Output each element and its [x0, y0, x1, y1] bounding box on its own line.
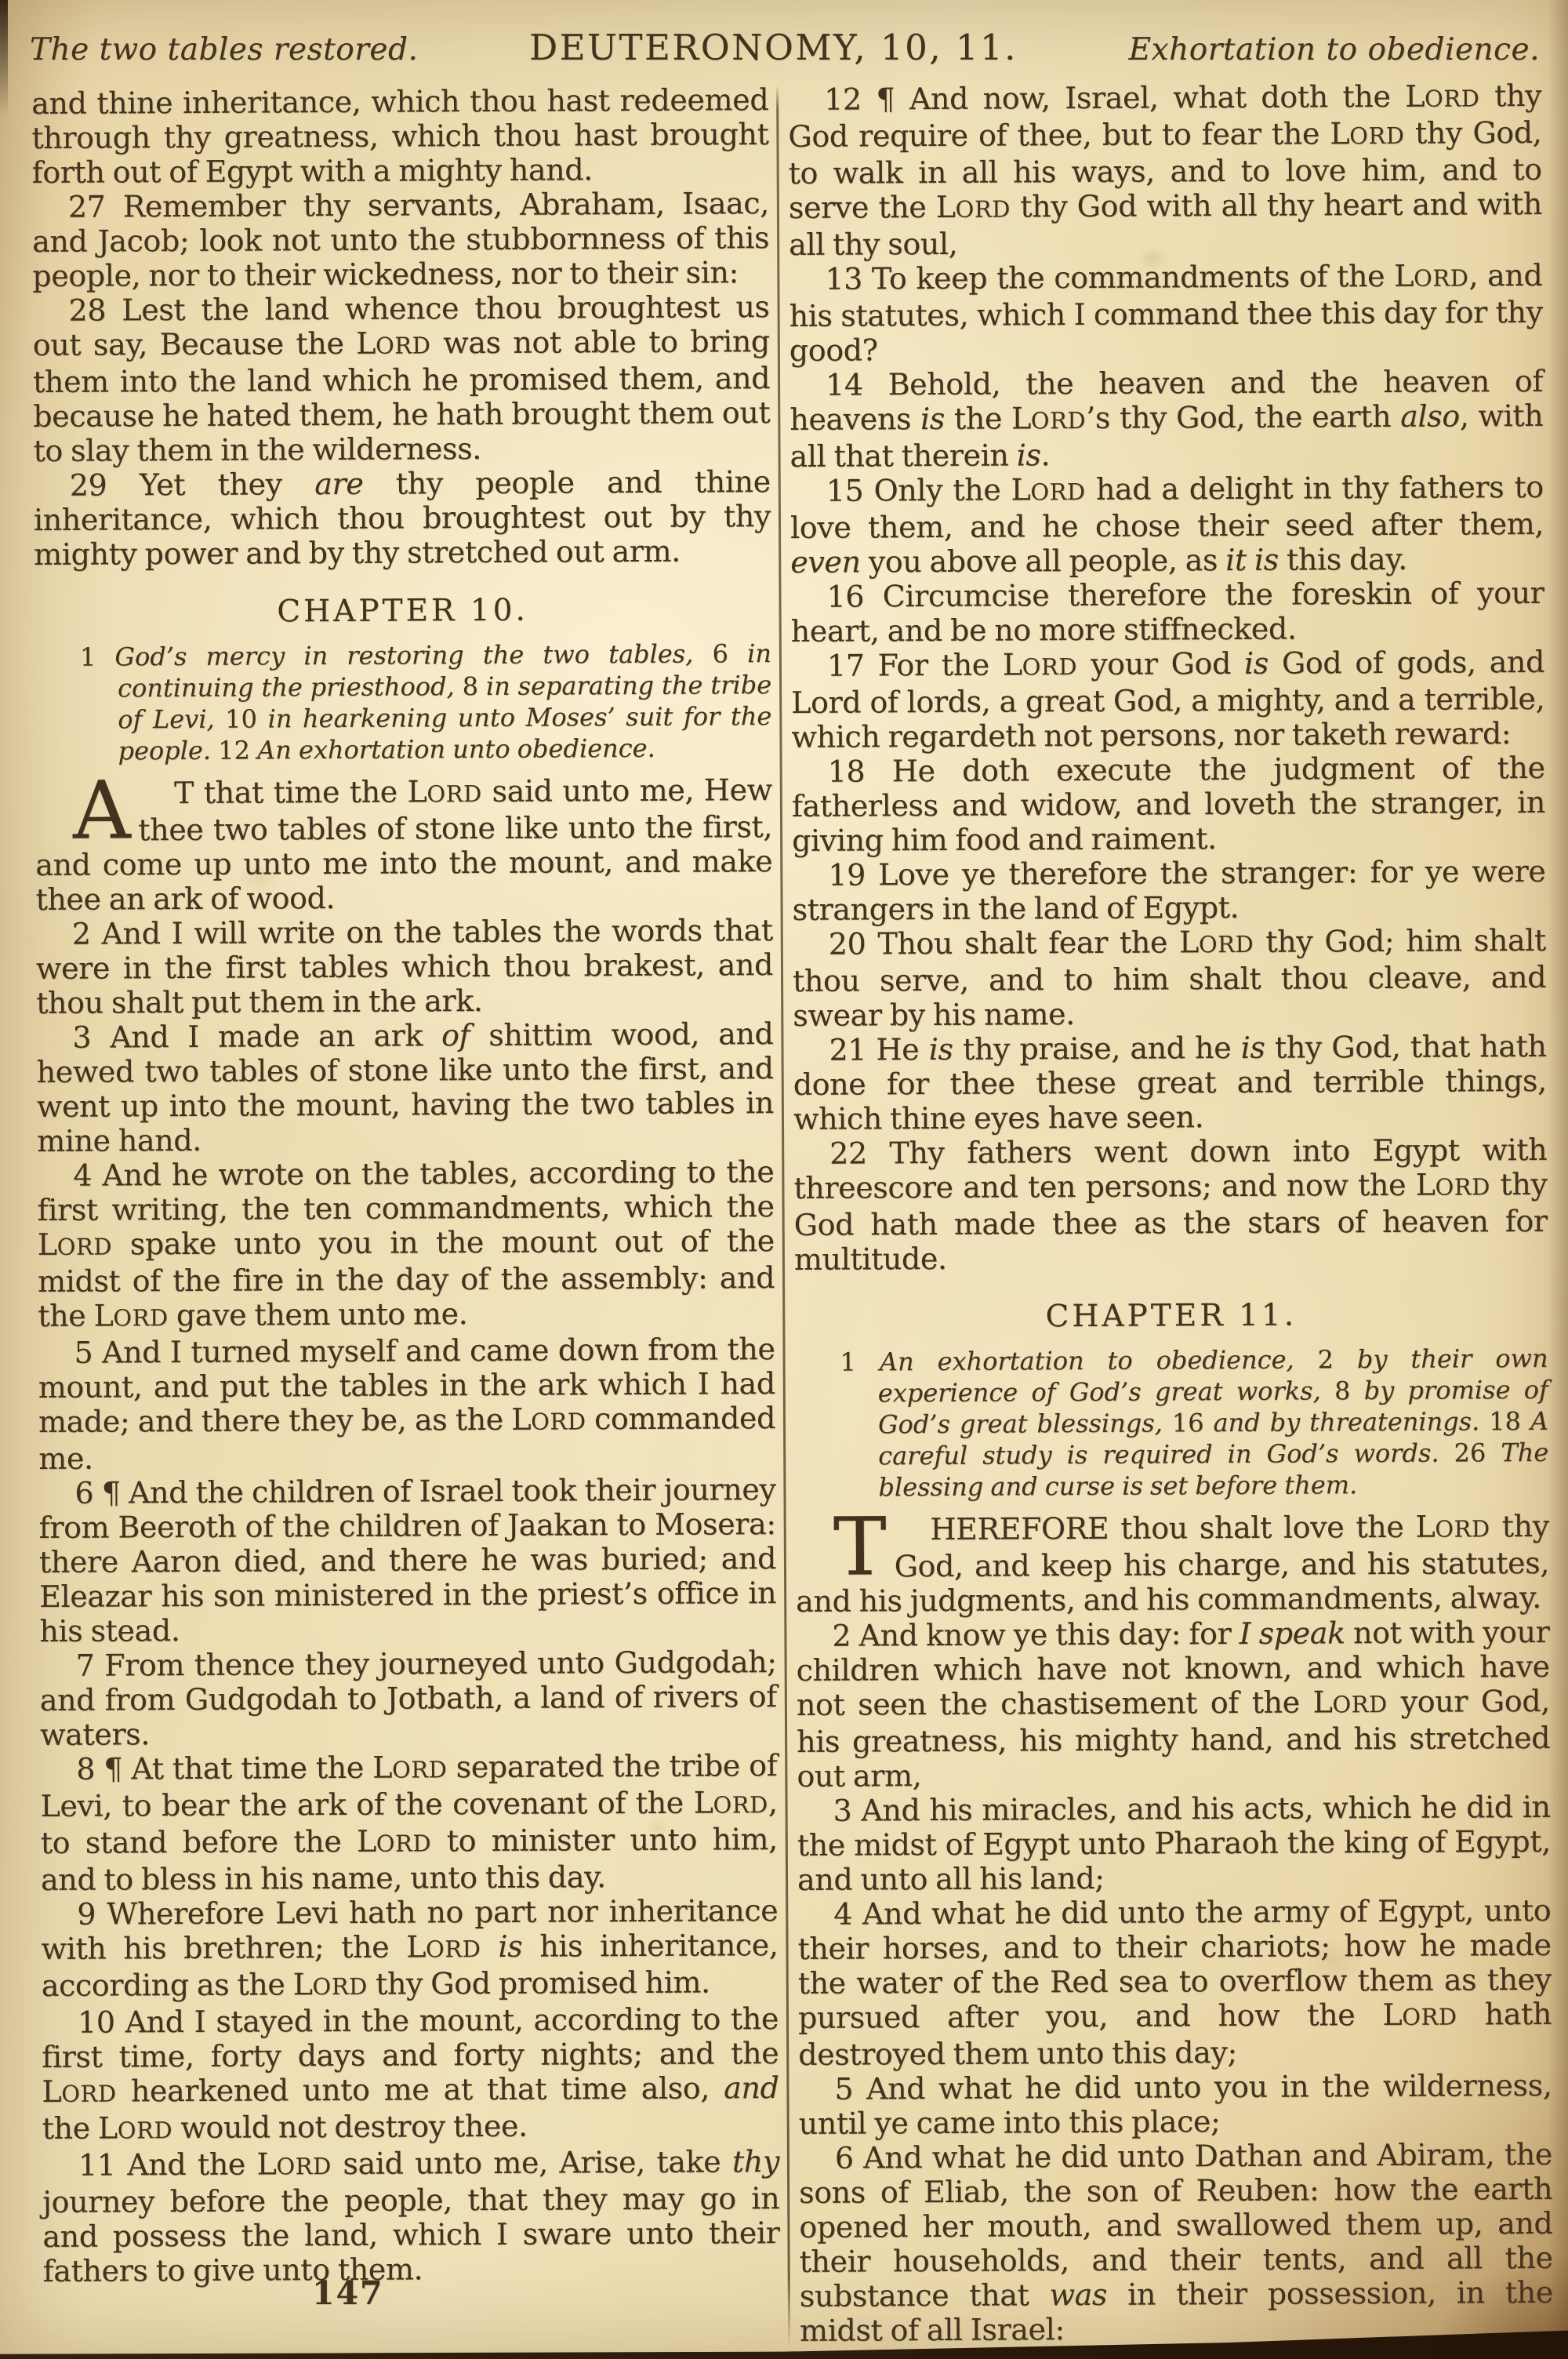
lord-smallcaps: LORD: [1415, 1509, 1490, 1543]
verse-paragraph: 9 Wherefore Levi hath no part nor inheri…: [41, 1893, 779, 2005]
text-columns: and thine inheritance, which thou hast r…: [0, 67, 1568, 2352]
verse-paragraph: 5 And I turned myself and came down from…: [38, 1332, 775, 1476]
verse-paragraph: 18 He doth execute the judgment of the f…: [792, 751, 1546, 858]
lord-smallcaps: LORD: [694, 1785, 768, 1819]
lord-smallcaps: LORD: [406, 1929, 481, 1964]
verse-paragraph: 12 ¶ And now, Israel, what doth the LORD…: [788, 78, 1542, 262]
book-title: DEUTERONOMY, 10, 11.: [529, 27, 1018, 68]
verse-paragraph: 22 Thy fathers went down into Egypt with…: [793, 1132, 1548, 1277]
verse-paragraph: 21 He is thy praise, and he is thy God, …: [793, 1029, 1547, 1136]
bible-page-scan: The two tables restored. DEUTERONOMY, 10…: [0, 0, 1568, 2359]
verse-paragraph: 14 Behold, the heaven and the heaven of …: [789, 364, 1544, 474]
lord-smallcaps: LORD: [93, 1298, 168, 1332]
lord-smallcaps: LORD: [1003, 647, 1077, 682]
verse-paragraph: 29 Yet they are thy people and thine inh…: [34, 464, 771, 572]
verse-paragraph: 27 Remember thy servants, Abraham, Isaac…: [32, 186, 770, 293]
verse-paragraph: and thine inheritance, which thou hast r…: [31, 82, 769, 190]
verse-paragraph: 19 Love ye therefore the stranger: for y…: [792, 854, 1545, 927]
lord-smallcaps: LORD: [1312, 1685, 1387, 1719]
verse-paragraph: 20 Thou shalt fear the LORD thy God; him…: [793, 923, 1547, 1033]
verse-paragraph: 13 To keep the commandments of the LORD,…: [789, 258, 1543, 368]
verse-paragraph: 6 ¶ And the children of Israel took thei…: [38, 1472, 776, 1648]
verse-paragraph: 2 And I will write on the tables the wor…: [36, 913, 774, 1020]
lord-smallcaps: LORD: [42, 2074, 116, 2108]
lord-smallcaps: LORD: [1330, 116, 1404, 151]
lord-smallcaps: LORD: [1179, 925, 1254, 959]
verse-paragraph: 4 And what he did unto the army of Egypt…: [797, 1893, 1552, 2072]
lord-smallcaps: LORD: [511, 1401, 586, 1436]
verse-paragraph: 11 And the LORD said unto me, Arise, tak…: [42, 2144, 780, 2288]
verse-paragraph: 4 And he wrote on the tables, according …: [37, 1154, 775, 1336]
verse-paragraph: 3 And I made an ark of shittim wood, and…: [36, 1016, 774, 1158]
right-column: 12 ¶ And now, Israel, what doth the LORD…: [788, 78, 1553, 2348]
lord-smallcaps: LORD: [407, 774, 481, 809]
lord-smallcaps: LORD: [293, 1967, 368, 2001]
drop-cap-rest: HEREFORE: [930, 1511, 1109, 1547]
verse-paragraph: 7 From thence they journeyed unto Gudgod…: [40, 1645, 778, 1752]
lord-smallcaps: LORD: [1405, 78, 1479, 113]
lord-smallcaps: LORD: [1394, 258, 1468, 293]
verse-paragraph: 16 Circumcise therefore the foreskin of …: [790, 576, 1544, 649]
lord-smallcaps: LORD: [1416, 1167, 1490, 1201]
lord-smallcaps: LORD: [98, 2110, 172, 2145]
lord-smallcaps: LORD: [936, 189, 1011, 224]
verse-paragraph: 2 And know ye this day: for I speak not …: [796, 1615, 1550, 1794]
verse-paragraph: THEREFORE thou shalt love the LORD thy G…: [796, 1509, 1550, 1619]
drop-cap-initial: A: [35, 776, 139, 844]
lord-smallcaps: LORD: [38, 1227, 112, 1262]
lord-smallcaps: LORD: [372, 1750, 447, 1784]
drop-cap-initial: T: [796, 1512, 895, 1580]
chapter-summary: 1 An exhortation to obedience, 2 by thei…: [795, 1343, 1549, 1503]
verse-paragraph: AT that time the LORD said unto me, Hew …: [35, 772, 773, 917]
chapter-heading: CHAPTER 11.: [794, 1296, 1548, 1336]
verse-paragraph: 17 For the LORD your God is God of gods,…: [791, 645, 1545, 754]
verse-paragraph: 3 And his miracles, and his acts, which …: [797, 1790, 1551, 1897]
chapter-heading: CHAPTER 10.: [34, 591, 771, 631]
left-column: and thine inheritance, which thou hast r…: [31, 82, 780, 2352]
lord-smallcaps: LORD: [1011, 401, 1086, 435]
verse-paragraph: 10 And I stayed in the mount, according …: [42, 2001, 779, 2148]
verse-paragraph: 15 Only the LORD had a delight in thy fa…: [790, 470, 1544, 580]
lord-smallcaps: LORD: [256, 2146, 331, 2181]
verse-paragraph: 5 And what he did unto you in the wilder…: [798, 2068, 1552, 2141]
chapter-summary: 1 God’s mercy in restoring the two table…: [34, 638, 772, 767]
page-edge-right: [1548, 0, 1568, 2359]
lord-smallcaps: LORD: [1382, 1997, 1457, 2032]
verse-paragraph: 8 ¶ At that time the LORD separated the …: [40, 1748, 778, 1897]
running-head: The two tables restored. DEUTERONOMY, 10…: [0, 0, 1568, 71]
lord-smallcaps: LORD: [357, 1823, 431, 1858]
lord-smallcaps: LORD: [356, 325, 430, 360]
lord-smallcaps: LORD: [1011, 472, 1085, 507]
photo-edge-left: [0, 0, 8, 118]
drop-cap-rest: T: [174, 776, 194, 810]
running-head-left: The two tables restored.: [30, 32, 418, 67]
running-head-right: Exhortation to obedience.: [1129, 32, 1540, 67]
page-number: 147: [312, 2274, 384, 2312]
verse-paragraph: 28 Lest the land whence thou broughtest …: [32, 289, 770, 468]
